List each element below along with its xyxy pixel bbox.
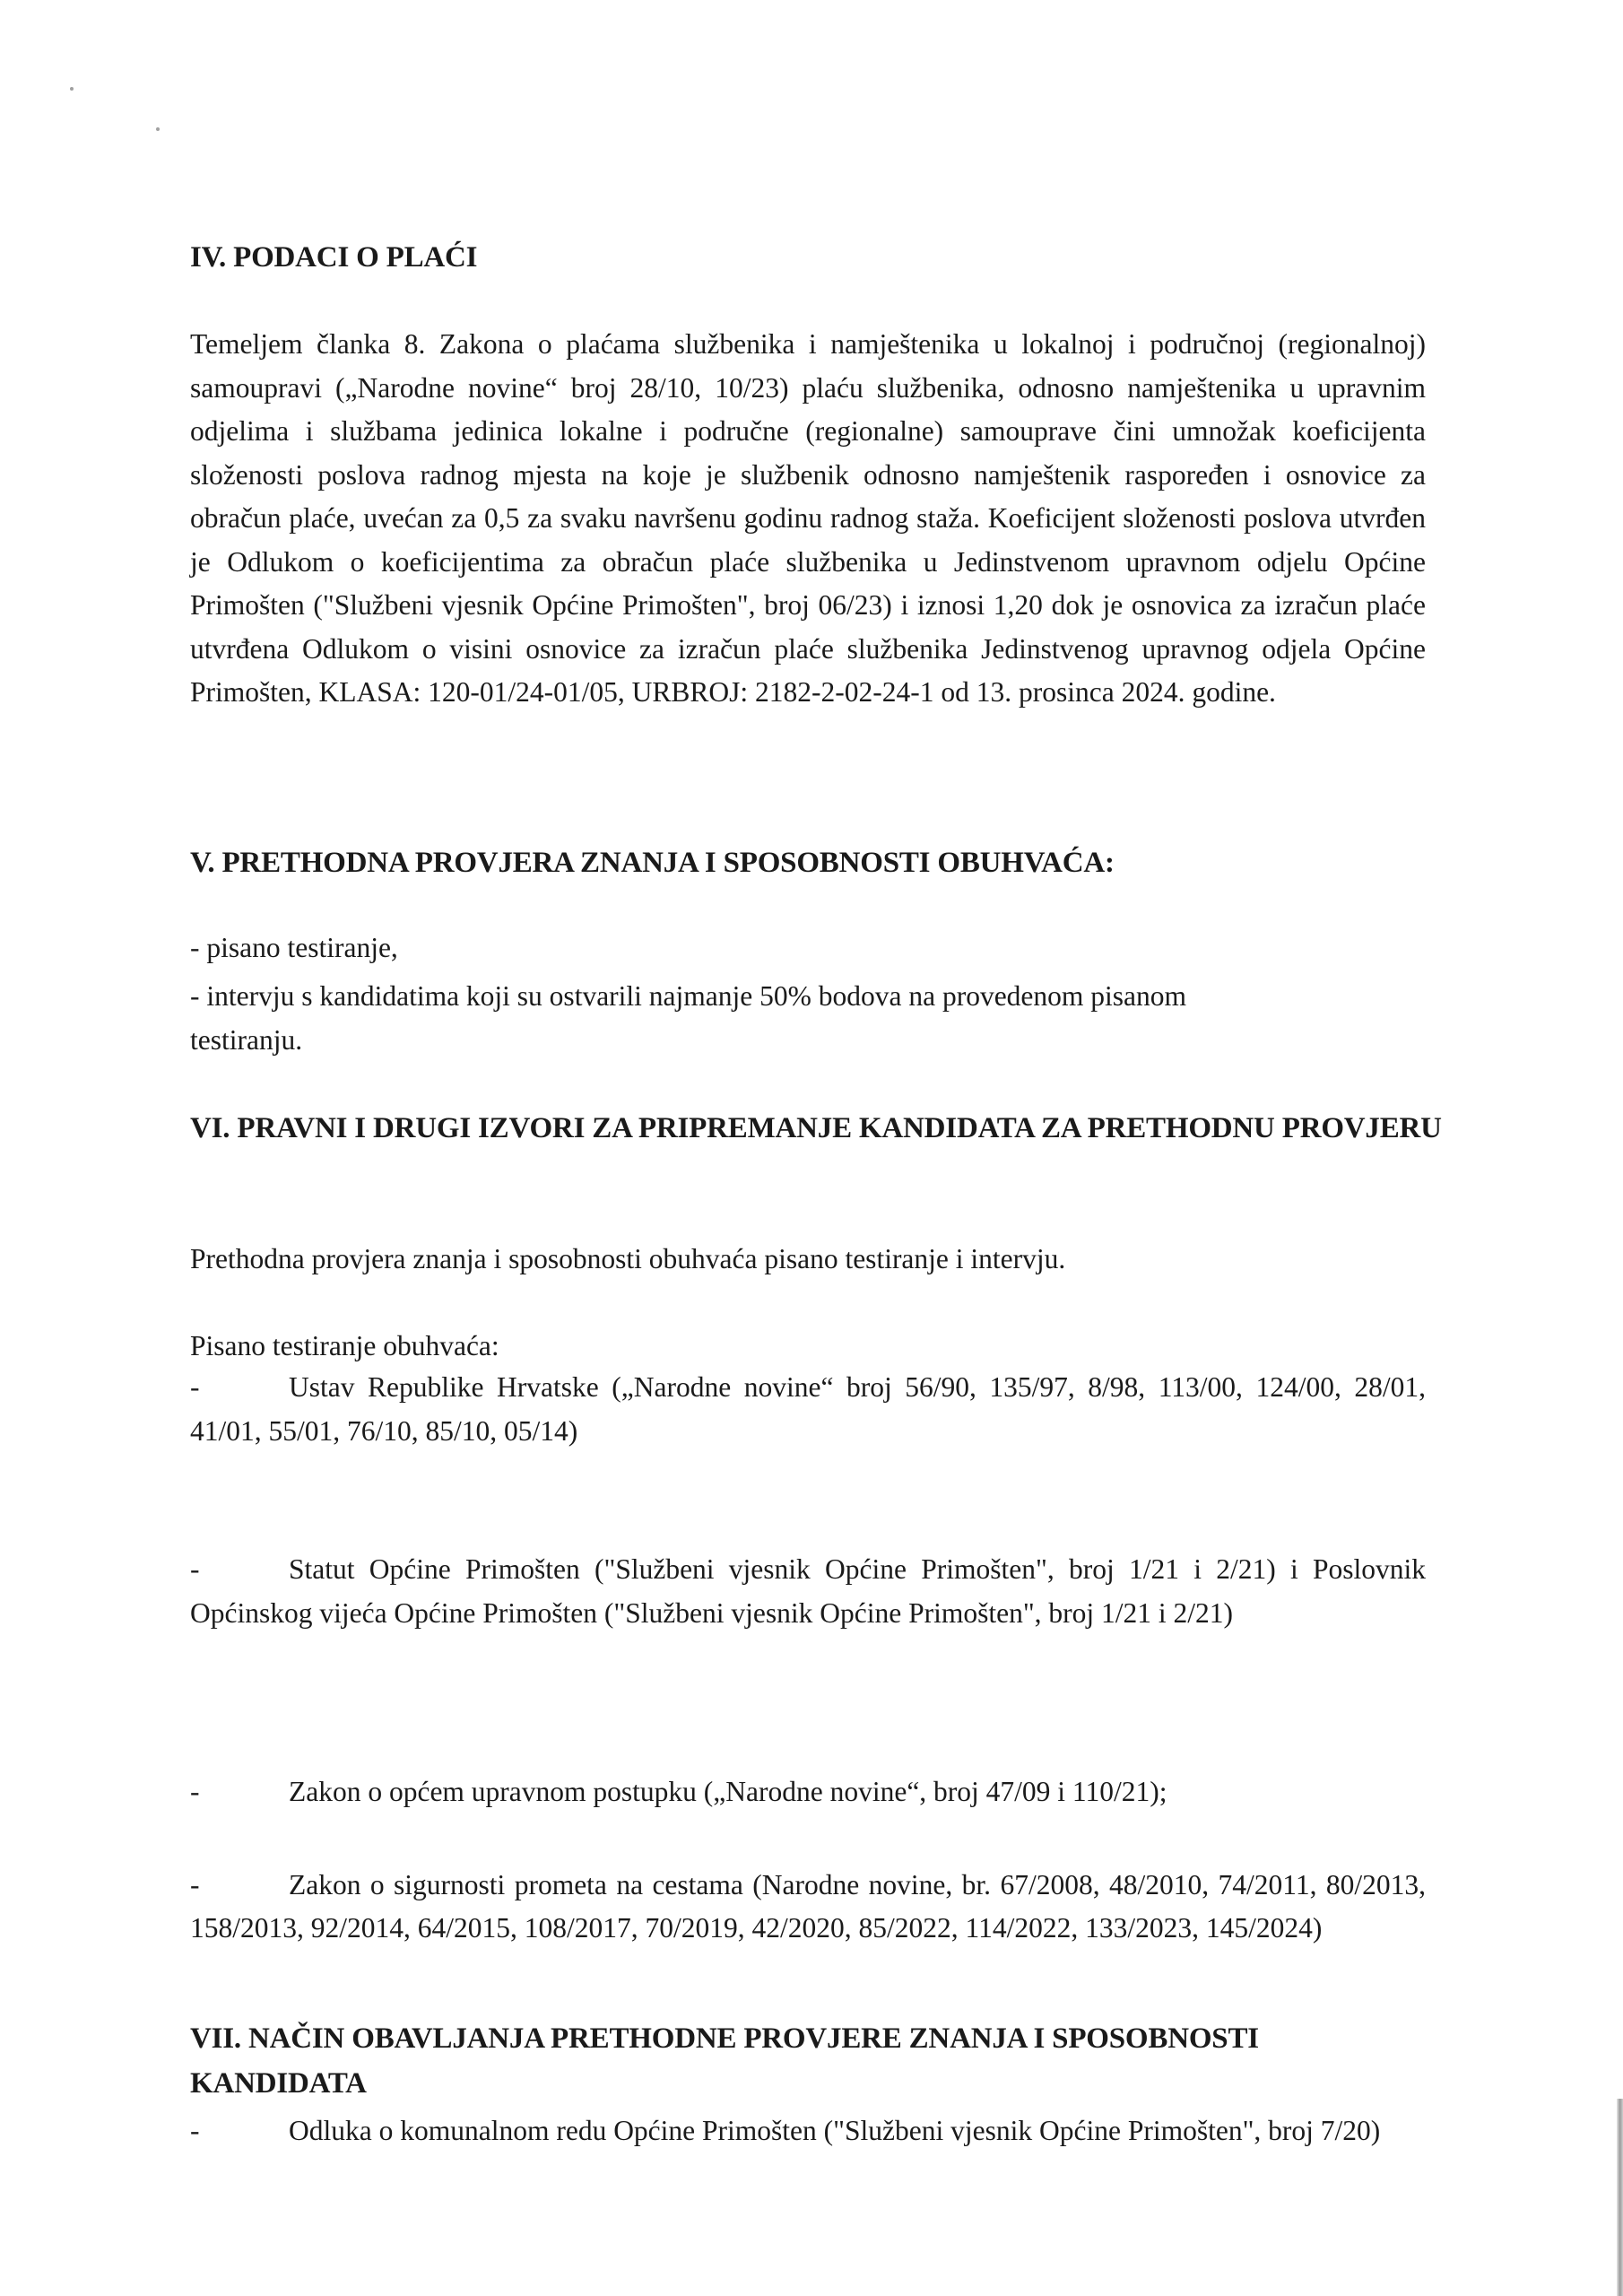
document-page: IV. PODACI O PLAĆI Temeljem članka 8. Za… bbox=[190, 0, 1426, 348]
source-text: Zakon o sigurnosti prometa na cestama (N… bbox=[190, 1869, 1426, 1944]
source-item: -Odluka o komunalnom redu Općine Primošt… bbox=[190, 2109, 1426, 2153]
bullet-dash: - bbox=[190, 1548, 289, 1592]
source-text: Odluka o komunalnom redu Općine Primošte… bbox=[289, 2115, 1380, 2146]
source-item: -Ustav Republike Hrvatske („Narodne novi… bbox=[190, 1366, 1426, 1453]
source-item: -Zakon o sigurnosti prometa na cestama (… bbox=[190, 1864, 1426, 1951]
bullet-dash: - bbox=[190, 2109, 289, 2153]
scan-speck bbox=[156, 127, 160, 131]
source-text: Zakon o općem upravnom postupku („Narodn… bbox=[289, 1776, 1167, 1807]
source-item: -Statut Općine Primošten ("Službeni vjes… bbox=[190, 1548, 1426, 1635]
section-iv-heading: IV. PODACI O PLAĆI bbox=[190, 235, 1426, 280]
bullet-dash: - bbox=[190, 1770, 289, 1814]
section-vi-list-title: Pisano testiranje obuhvaća: bbox=[190, 1325, 1426, 1369]
source-text: Ustav Republike Hrvatske („Narodne novin… bbox=[190, 1371, 1426, 1447]
bullet-dash: - bbox=[190, 1864, 289, 1908]
section-vi-heading: VI. PRAVNI I DRUGI IZVORI ZA PRIPREMANJE… bbox=[190, 1106, 1445, 1151]
section-vii-heading: VII. NAČIN OBAVLJANJA PRETHODNE PROVJERE… bbox=[190, 2016, 1410, 2106]
section-v-heading: V. PRETHODNA PROVJERA ZNANJA I SPOSOBNOS… bbox=[190, 840, 1426, 885]
scan-speck bbox=[70, 87, 74, 91]
section-vi-intro: Prethodna provjera znanja i sposobnosti … bbox=[190, 1238, 1426, 1282]
page-edge-shadow bbox=[1617, 2099, 1623, 2296]
bullet-dash: - bbox=[190, 1366, 289, 1410]
section-iv-paragraph: Temeljem članka 8. Zakona o plaćama služ… bbox=[190, 323, 1426, 715]
source-text: Statut Općine Primošten ("Službeni vjesn… bbox=[190, 1553, 1426, 1629]
section-v-item: - intervju s kandidatima koji su ostvari… bbox=[190, 975, 1302, 1062]
source-item: -Zakon o općem upravnom postupku („Narod… bbox=[190, 1770, 1426, 1814]
section-v-item: - pisano testiranje, bbox=[190, 926, 1426, 970]
